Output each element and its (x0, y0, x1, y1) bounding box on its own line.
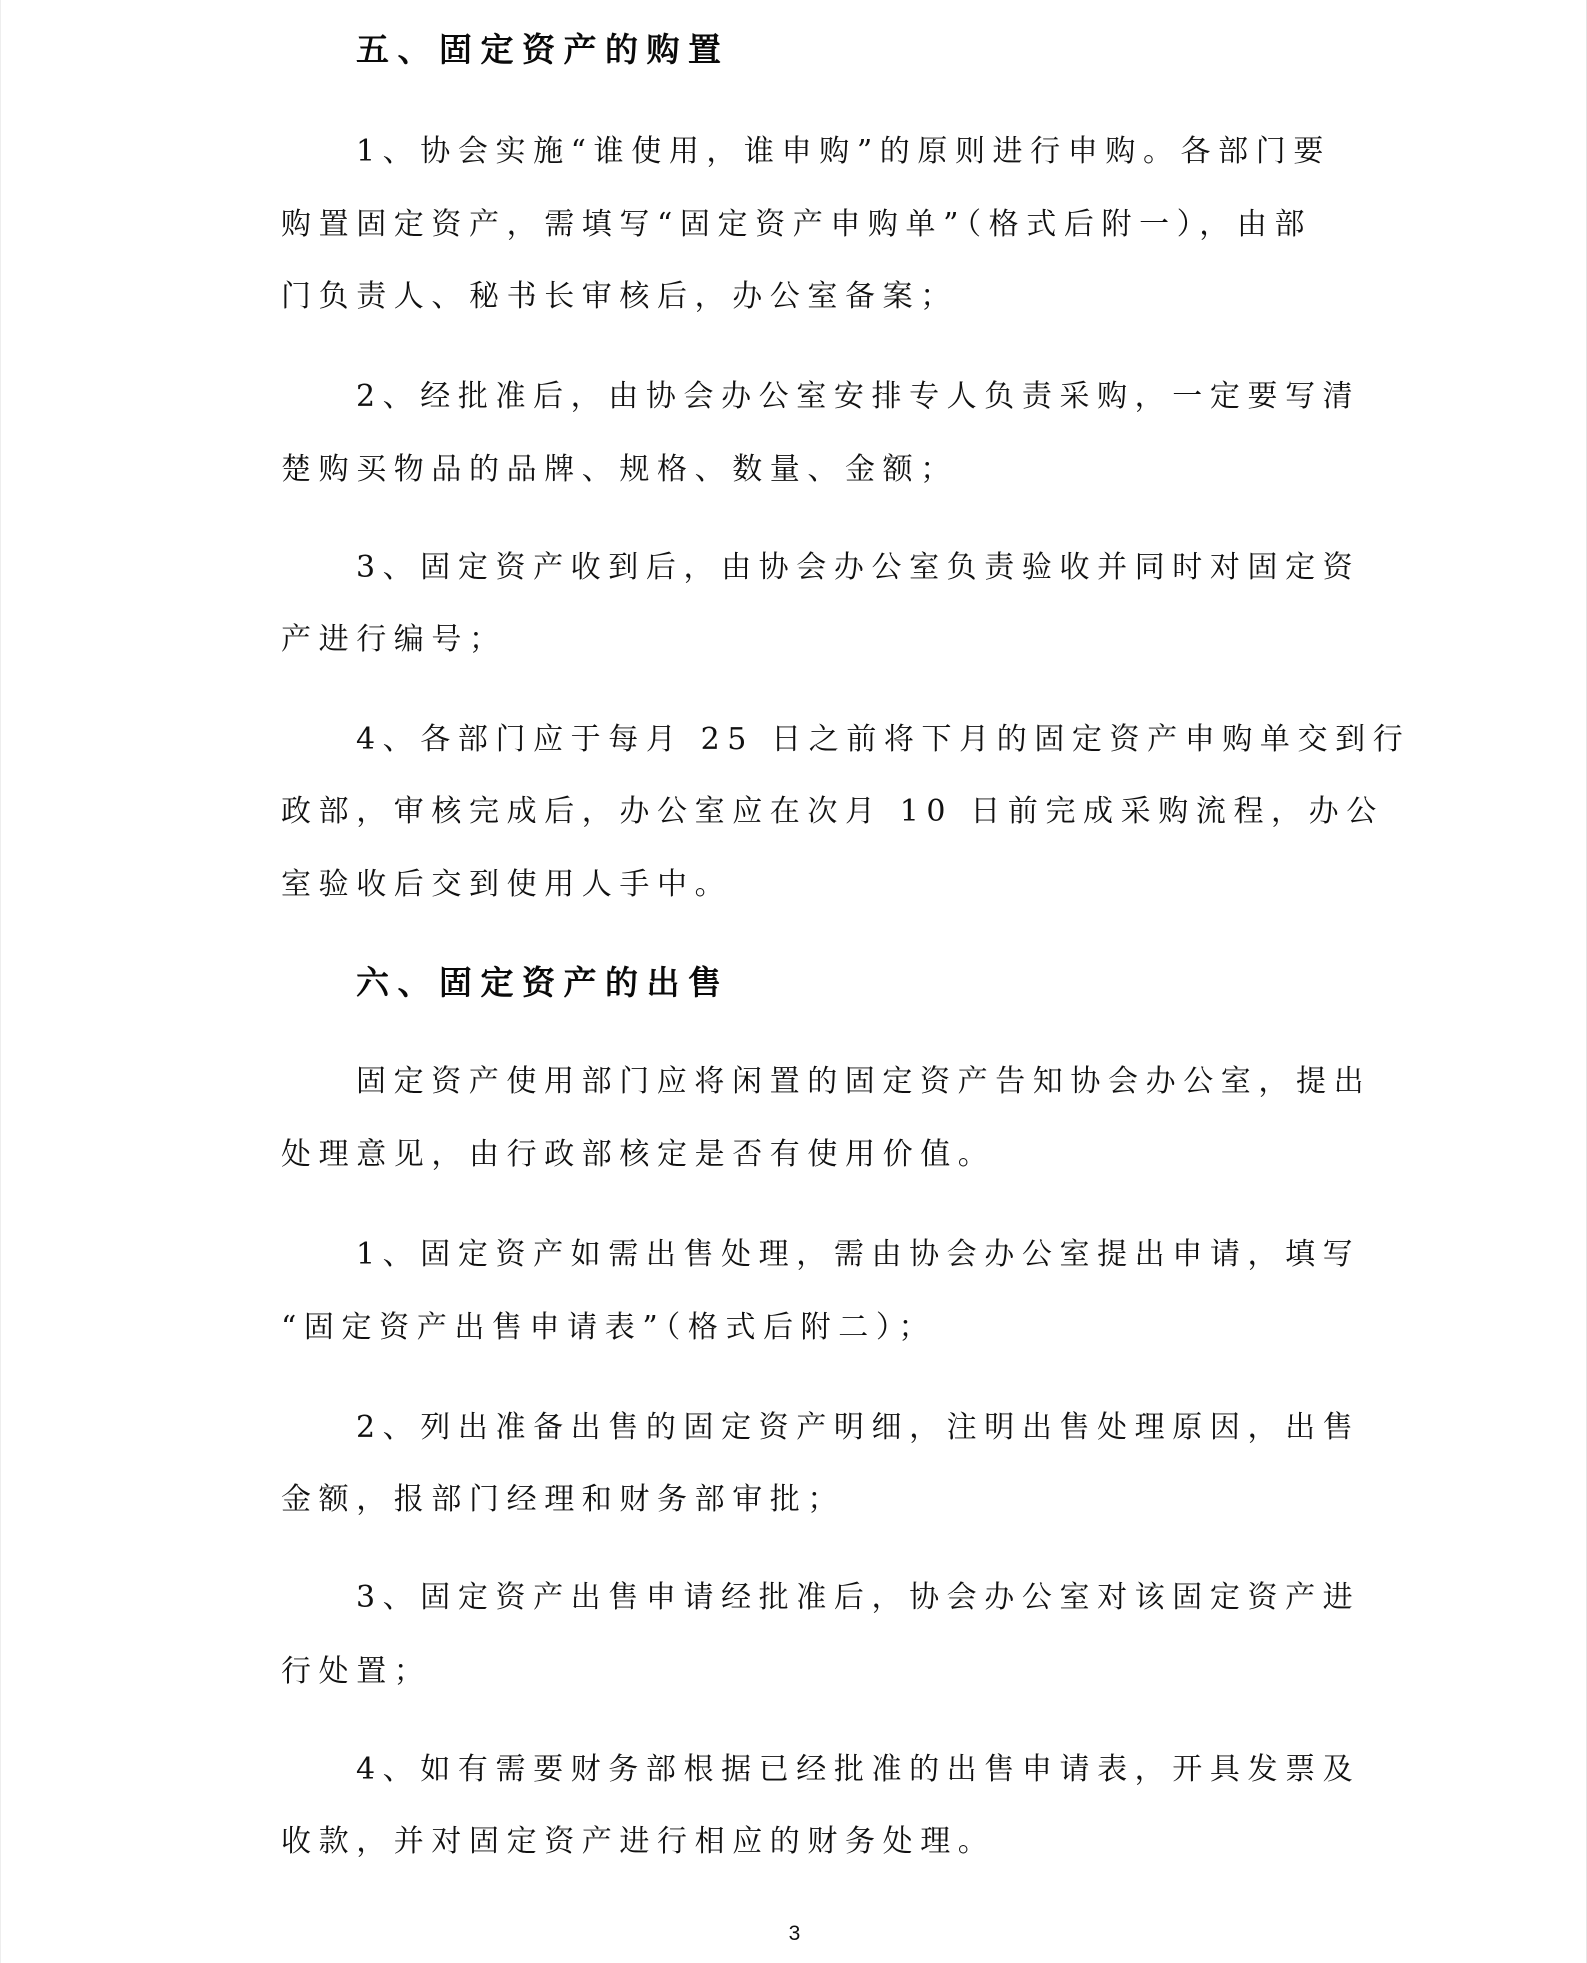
paragraph-line: 1、固定资产如需出售处理，需由协会办公室提出申请，填写 (356, 1219, 1360, 1291)
section-heading: 六、固定资产的出售 (356, 947, 730, 1019)
paragraph-line: 室验收后交到使用人手中。 (281, 849, 732, 921)
paragraph-line: 购置固定资产，需填写“固定资产申购单”（格式后附一），由部 (281, 189, 1312, 261)
paragraph-line: 行处置； (281, 1636, 431, 1708)
paragraph-line: 2、经批准后，由协会办公室安排专人负责采购，一定要写清 (356, 361, 1360, 433)
section-heading: 五、固定资产的购置 (356, 14, 730, 86)
paragraph-line: 收款，并对固定资产进行相应的财务处理。 (281, 1806, 995, 1878)
paragraph-line: 处理意见，由行政部核定是否有使用价值。 (281, 1119, 995, 1191)
paragraph-line: 2、列出准备出售的固定资产明细，注明出售处理原因，出售 (356, 1392, 1360, 1464)
paragraph-line: “固定资产出售申请表”（格式后附二）； (281, 1292, 936, 1364)
paragraph-line: 4、如有需要财务部根据已经批准的出售申请表，开具发票及 (356, 1734, 1360, 1806)
page-number: 3 (1, 1920, 1587, 1948)
paragraph-line: 3、固定资产收到后，由协会办公室负责验收并同时对固定资 (356, 532, 1360, 604)
paragraph-line: 固定资产使用部门应将闲置的固定资产告知协会办公室，提出 (356, 1046, 1371, 1118)
paragraph-line: 4、各部门应于每月 25 日之前将下月的固定资产申购单交到行 (356, 704, 1410, 776)
paragraph-line: 金额，报部门经理和财务部审批； (281, 1464, 845, 1536)
paragraph-line: 政部，审核完成后，办公室应在次月 10 日前完成采购流程，办公 (281, 776, 1384, 848)
paragraph-line: 门负责人、秘书长审核后，办公室备案； (281, 261, 958, 333)
paragraph-line: 楚购买物品的品牌、规格、数量、金额； (281, 434, 958, 506)
document-page: 五、固定资产的购置1、协会实施“谁使用，谁申购”的原则进行申购。各部门要购置固定… (0, 0, 1587, 1963)
paragraph-line: 1、协会实施“谁使用，谁申购”的原则进行申购。各部门要 (356, 116, 1331, 188)
paragraph-line: 产进行编号； (281, 604, 507, 676)
paragraph-line: 3、固定资产出售申请经批准后，协会办公室对该固定资产进 (356, 1562, 1360, 1634)
